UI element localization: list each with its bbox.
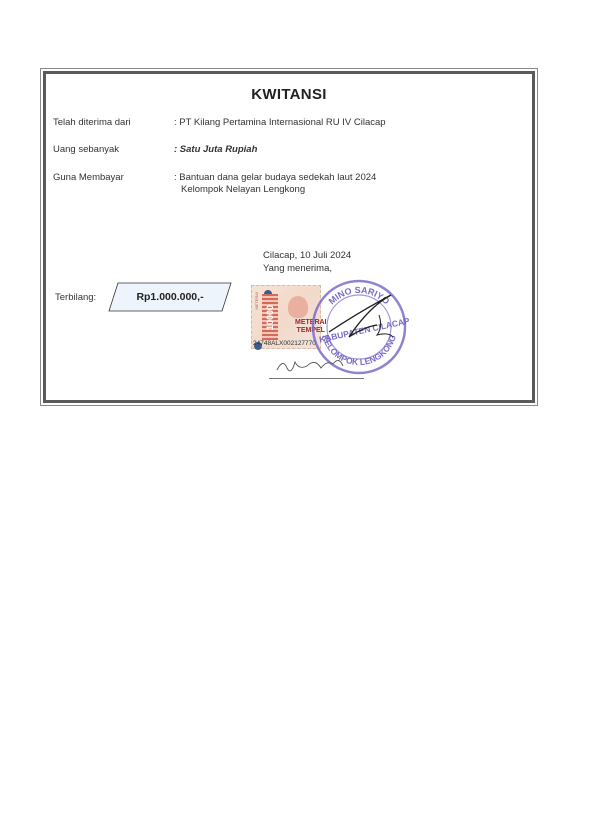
amount-box: Rp1.000.000,- [108,282,232,312]
field-value: : Satu Juta Rupiah [174,144,257,155]
materai-serial: 24748ALX002127770 [253,340,316,347]
receipt-outer-border: KWITANSI Telah diterima dari : PT Kilang… [40,68,538,406]
field-value: : Bantuan dana gelar budaya sedekah laut… [174,172,376,183]
signature-icon [269,348,359,378]
signature-block: Cilacap, 10 Juli 2024 Yang menerima, [263,249,351,275]
signature-line [269,378,364,379]
field-label: Guna Membayar [53,172,124,183]
garuda-emblem-icon [288,296,308,318]
materai-side-text: METERAI [254,292,259,310]
place-date: Cilacap, 10 Juli 2024 [263,249,351,262]
document-title: KWITANSI [46,86,532,103]
field-value: : PT Kilang Pertamina Internasional RU I… [174,117,386,128]
field-label: Telah diterima dari [53,117,131,128]
receiver-label: Yang menerima, [263,262,351,275]
amount-value: Rp1.000.000,- [108,291,232,303]
receipt-frame: KWITANSI Telah diterima dari : PT Kilang… [43,71,535,403]
field-label: Uang sebanyak [53,144,119,155]
field-value-line2: Kelompok Nelayan Lengkong [181,184,305,195]
materai-value: 10000 [262,294,278,340]
stamp-area: METERAI 10000 METERAI TEMPEL 24748ALX002… [249,282,409,390]
terbilang-label: Terbilang: [55,292,96,303]
